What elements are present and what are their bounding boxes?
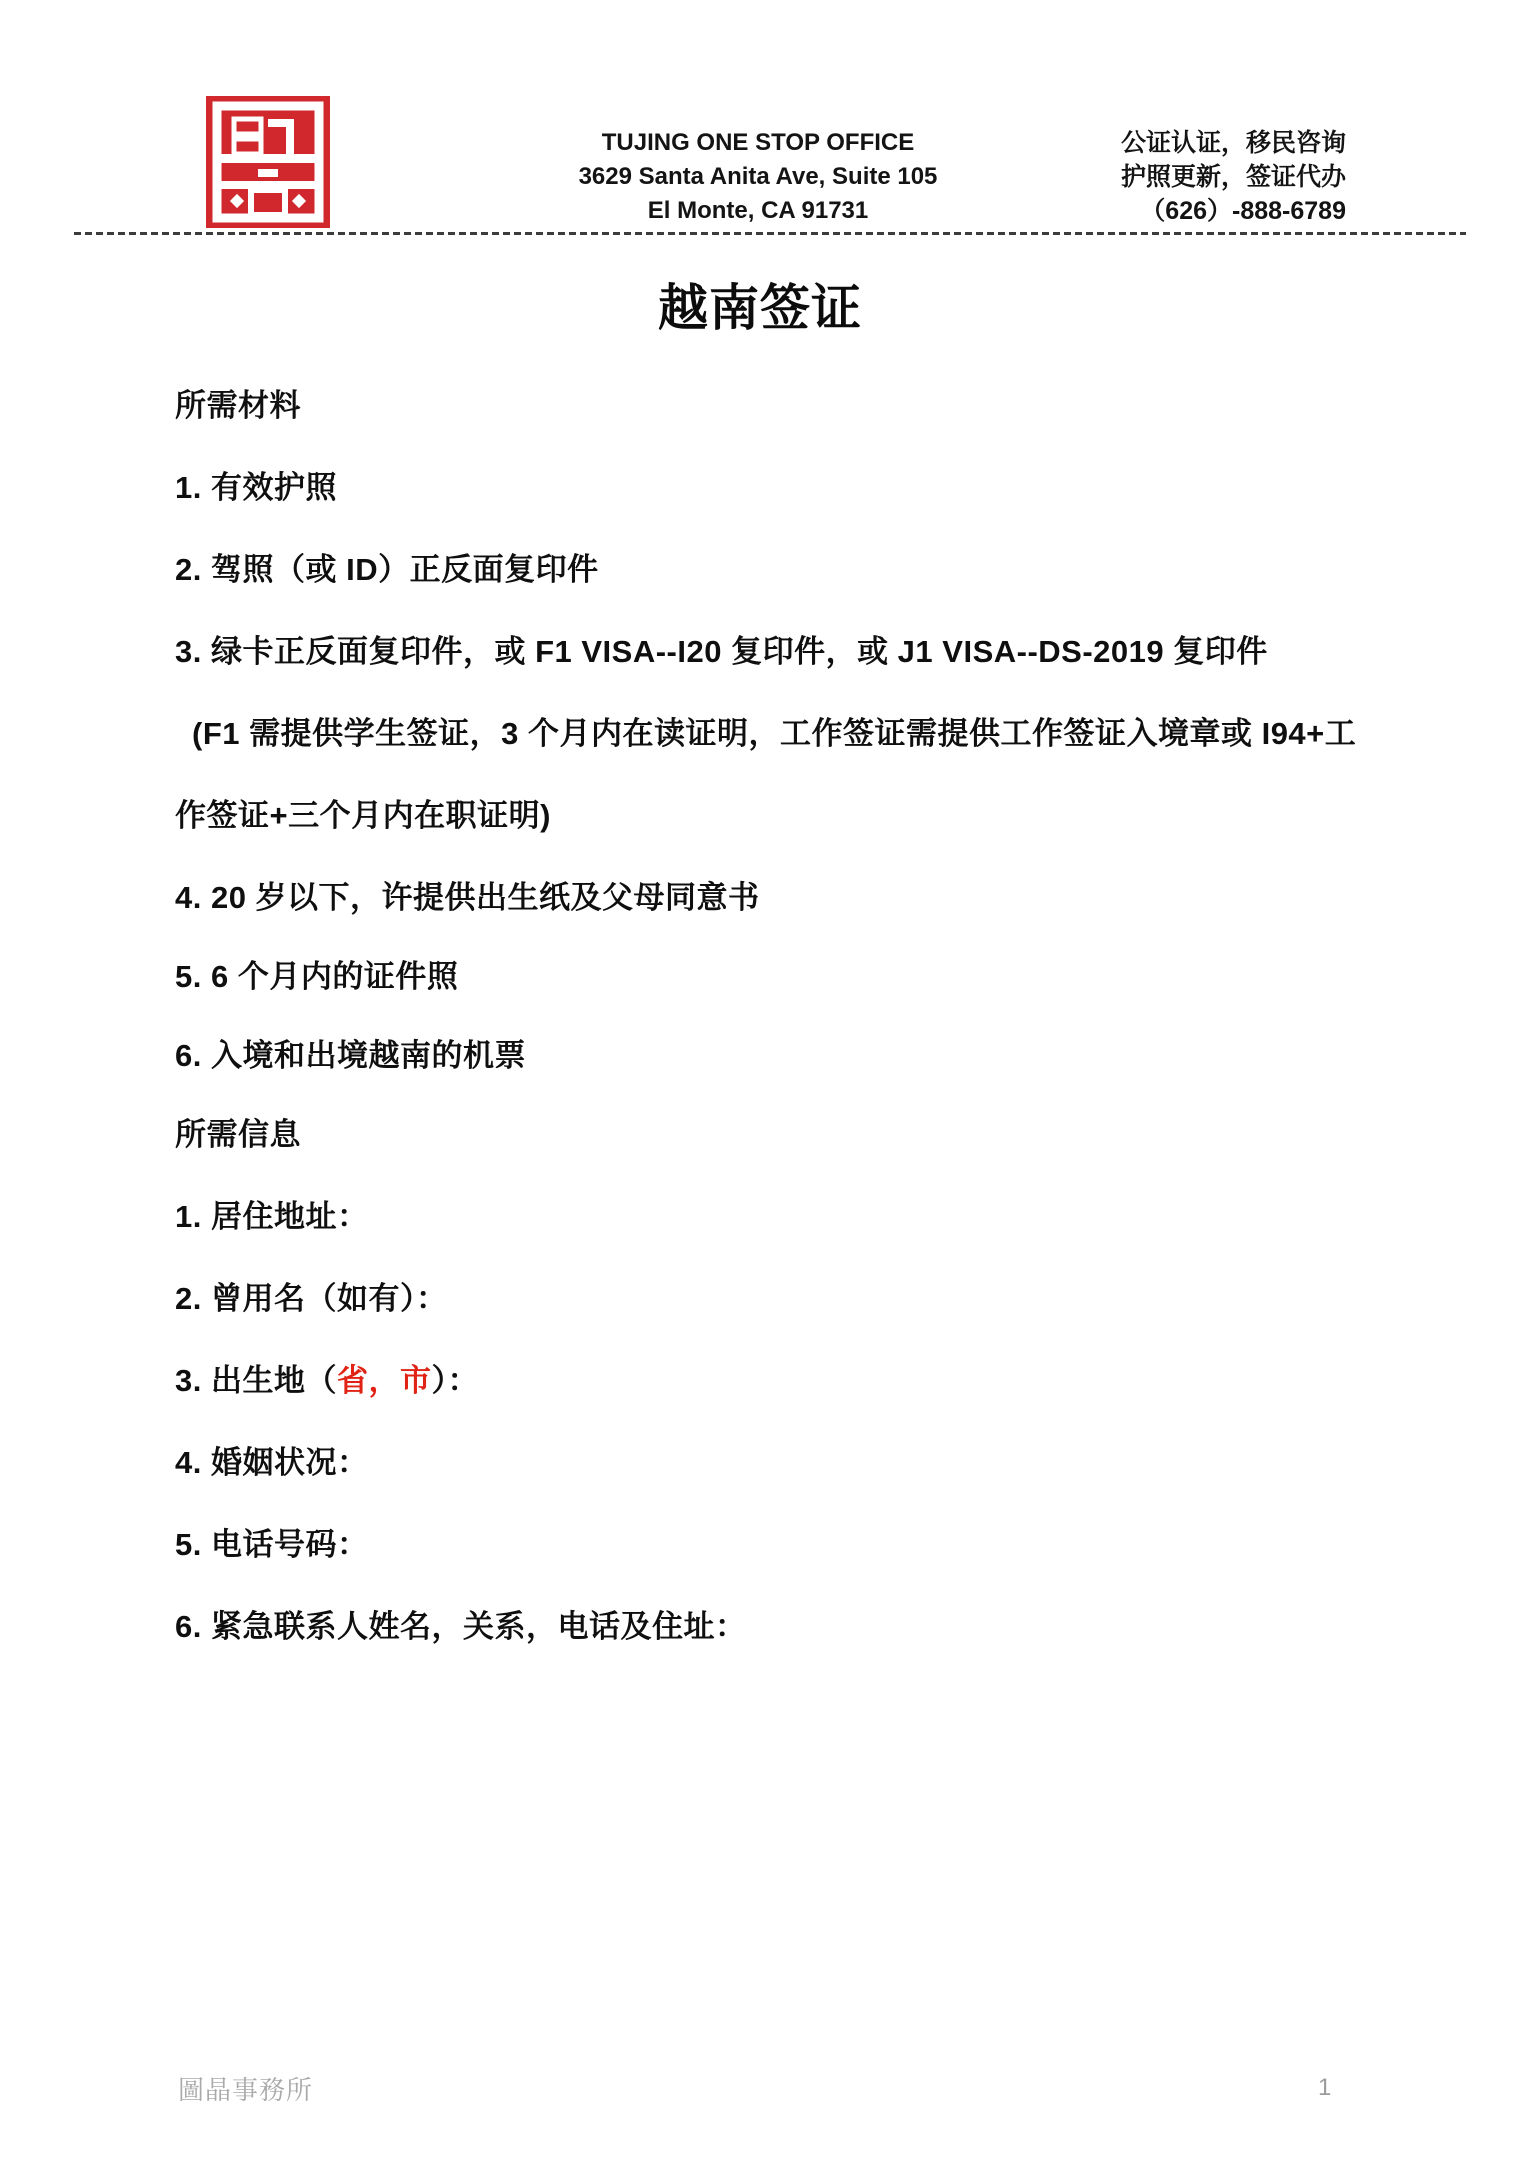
info-item-5: 5. 电话号码：	[175, 1526, 368, 1564]
info-item-4-text: 4. 婚姻状况：	[175, 1445, 368, 1480]
document-page: TUJING ONE STOP OFFICE 3629 Santa Anita …	[0, 0, 1520, 2160]
info-item-3-suffix: ）：	[431, 1363, 479, 1398]
material-item-1: 1. 有效护照	[175, 469, 337, 507]
services-line2: 护照更新，签证代办	[1121, 160, 1346, 194]
info-item-6: 6. 紧急联系人姓名，关系，电话及住址：	[175, 1608, 746, 1646]
materials-heading: 所需材料	[175, 387, 301, 425]
office-phone: （626）-888-6789	[1121, 194, 1346, 228]
info-item-3-highlight: 省，市	[337, 1363, 432, 1398]
info-item-1: 1. 居住地址：	[175, 1198, 368, 1236]
material-item-6: 6. 入境和出境越南的机票	[175, 1037, 526, 1075]
header-services-info: 公证认证，移民咨询 护照更新，签证代办 （626）-888-6789	[1121, 126, 1346, 228]
footer-page-number: 1	[1318, 2074, 1331, 2102]
material-item-3-continuation-1: (F1 需提供学生签证，3 个月内在读证明，工作签证需提供工作签证入境章或 I9…	[192, 715, 1356, 753]
info-item-1-text: 1. 居住地址：	[175, 1199, 368, 1234]
info-item-2-text: 2. 曾用名（如有）：	[175, 1281, 447, 1316]
info-item-6-text: 6. 紧急联系人姓名，关系，电话及住址：	[175, 1609, 746, 1644]
info-heading: 所需信息	[175, 1116, 301, 1154]
info-item-3-text: 3. 出生地（	[175, 1363, 337, 1398]
document-title: 越南签证	[0, 268, 1520, 340]
footer-firm-name: 圖晶事務所	[178, 2070, 313, 2107]
material-item-5: 5. 6 个月内的证件照	[175, 958, 458, 996]
info-item-4: 4. 婚姻状况：	[175, 1444, 368, 1482]
info-item-2: 2. 曾用名（如有）：	[175, 1280, 447, 1318]
material-item-3-continuation-2: 作签证+三个月内在职证明)	[175, 797, 551, 835]
info-item-5-text: 5. 电话号码：	[175, 1527, 368, 1562]
header-divider	[74, 232, 1466, 235]
info-item-3: 3. 出生地（省，市）：	[175, 1362, 479, 1400]
material-item-2: 2. 驾照（或 ID）正反面复印件	[175, 551, 599, 589]
material-item-3: 3. 绿卡正反面复印件，或 F1 VISA--I20 复印件，或 J1 VISA…	[175, 633, 1268, 671]
services-line1: 公证认证，移民咨询	[1121, 126, 1346, 160]
material-item-4: 4. 20 岁以下，许提供出生纸及父母同意书	[175, 879, 760, 917]
